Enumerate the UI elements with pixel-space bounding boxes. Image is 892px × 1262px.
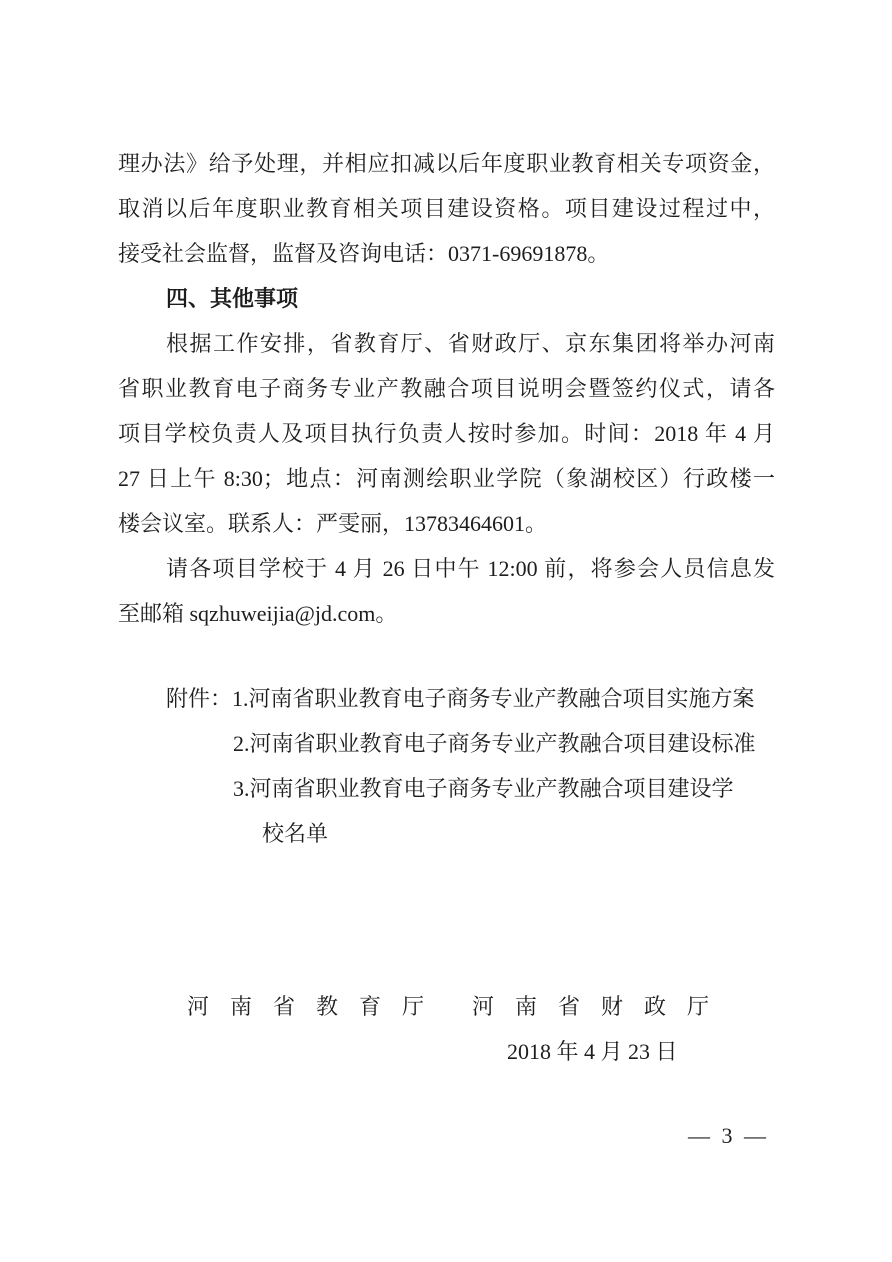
body-line: 楼会议室。联系人：严雯丽，13783464601。 xyxy=(118,501,775,546)
body-line: 省职业教育电子商务专业产教融合项目说明会暨签约仪式，请各 xyxy=(118,366,775,411)
attachment-line: 2.河南省职业教育电子商务专业产教融合项目建设标准 xyxy=(233,721,775,766)
document-body: 理办法》给予处理，并相应扣减以后年度职业教育相关专项资金， 取消以后年度职业教育… xyxy=(0,0,892,1074)
body-line: 请各项目学校于 4 月 26 日中午 12:00 前，将参会人员信息发 xyxy=(118,546,775,591)
body-line: 根据工作安排，省教育厅、省财政厅、京东集团将举办河南 xyxy=(118,321,775,366)
body-line: 项目学校负责人及项目执行负责人按时参加。时间：2018 年 4 月 xyxy=(118,411,775,456)
section-heading: 四、其他事项 xyxy=(118,276,775,321)
page-number: — 3 — xyxy=(688,1122,769,1150)
signature-org-finance: 河南省财政厅 xyxy=(472,994,730,1019)
attachment-item: 1.河南省职业教育电子商务专业产教融合项目实施方案 xyxy=(232,686,755,711)
attachment-line: 附件：1.河南省职业教育电子商务专业产教融合项目实施方案 xyxy=(118,676,775,721)
signature-org-education: 河南省教育厅 xyxy=(187,994,445,1019)
signature-date: 2018 年 4 月 23 日 xyxy=(507,1029,775,1074)
body-line: 至邮箱 sqzhuweijia@jd.com。 xyxy=(118,591,775,636)
signature-line: 河南省教育厅河南省财政厅 xyxy=(187,984,775,1029)
attachments-label: 附件： xyxy=(166,686,232,711)
attachments-block: 附件：1.河南省职业教育电子商务专业产教融合项目实施方案 2.河南省职业教育电子… xyxy=(118,676,775,856)
attachment-line: 校名单 xyxy=(262,811,775,856)
body-line: 理办法》给予处理，并相应扣减以后年度职业教育相关专项资金， xyxy=(118,141,775,186)
body-line: 取消以后年度职业教育相关项目建设资格。项目建设过程过中， xyxy=(118,186,775,231)
body-line: 27 日上午 8:30；地点：河南测绘职业学院（象湖校区）行政楼一 xyxy=(118,456,775,501)
body-line: 接受社会监督，监督及咨询电话：0371-69691878。 xyxy=(118,231,775,276)
document-page: 理办法》给予处理，并相应扣减以后年度职业教育相关专项资金， 取消以后年度职业教育… xyxy=(0,0,892,1262)
attachment-line: 3.河南省职业教育电子商务专业产教融合项目建设学 xyxy=(233,766,775,811)
